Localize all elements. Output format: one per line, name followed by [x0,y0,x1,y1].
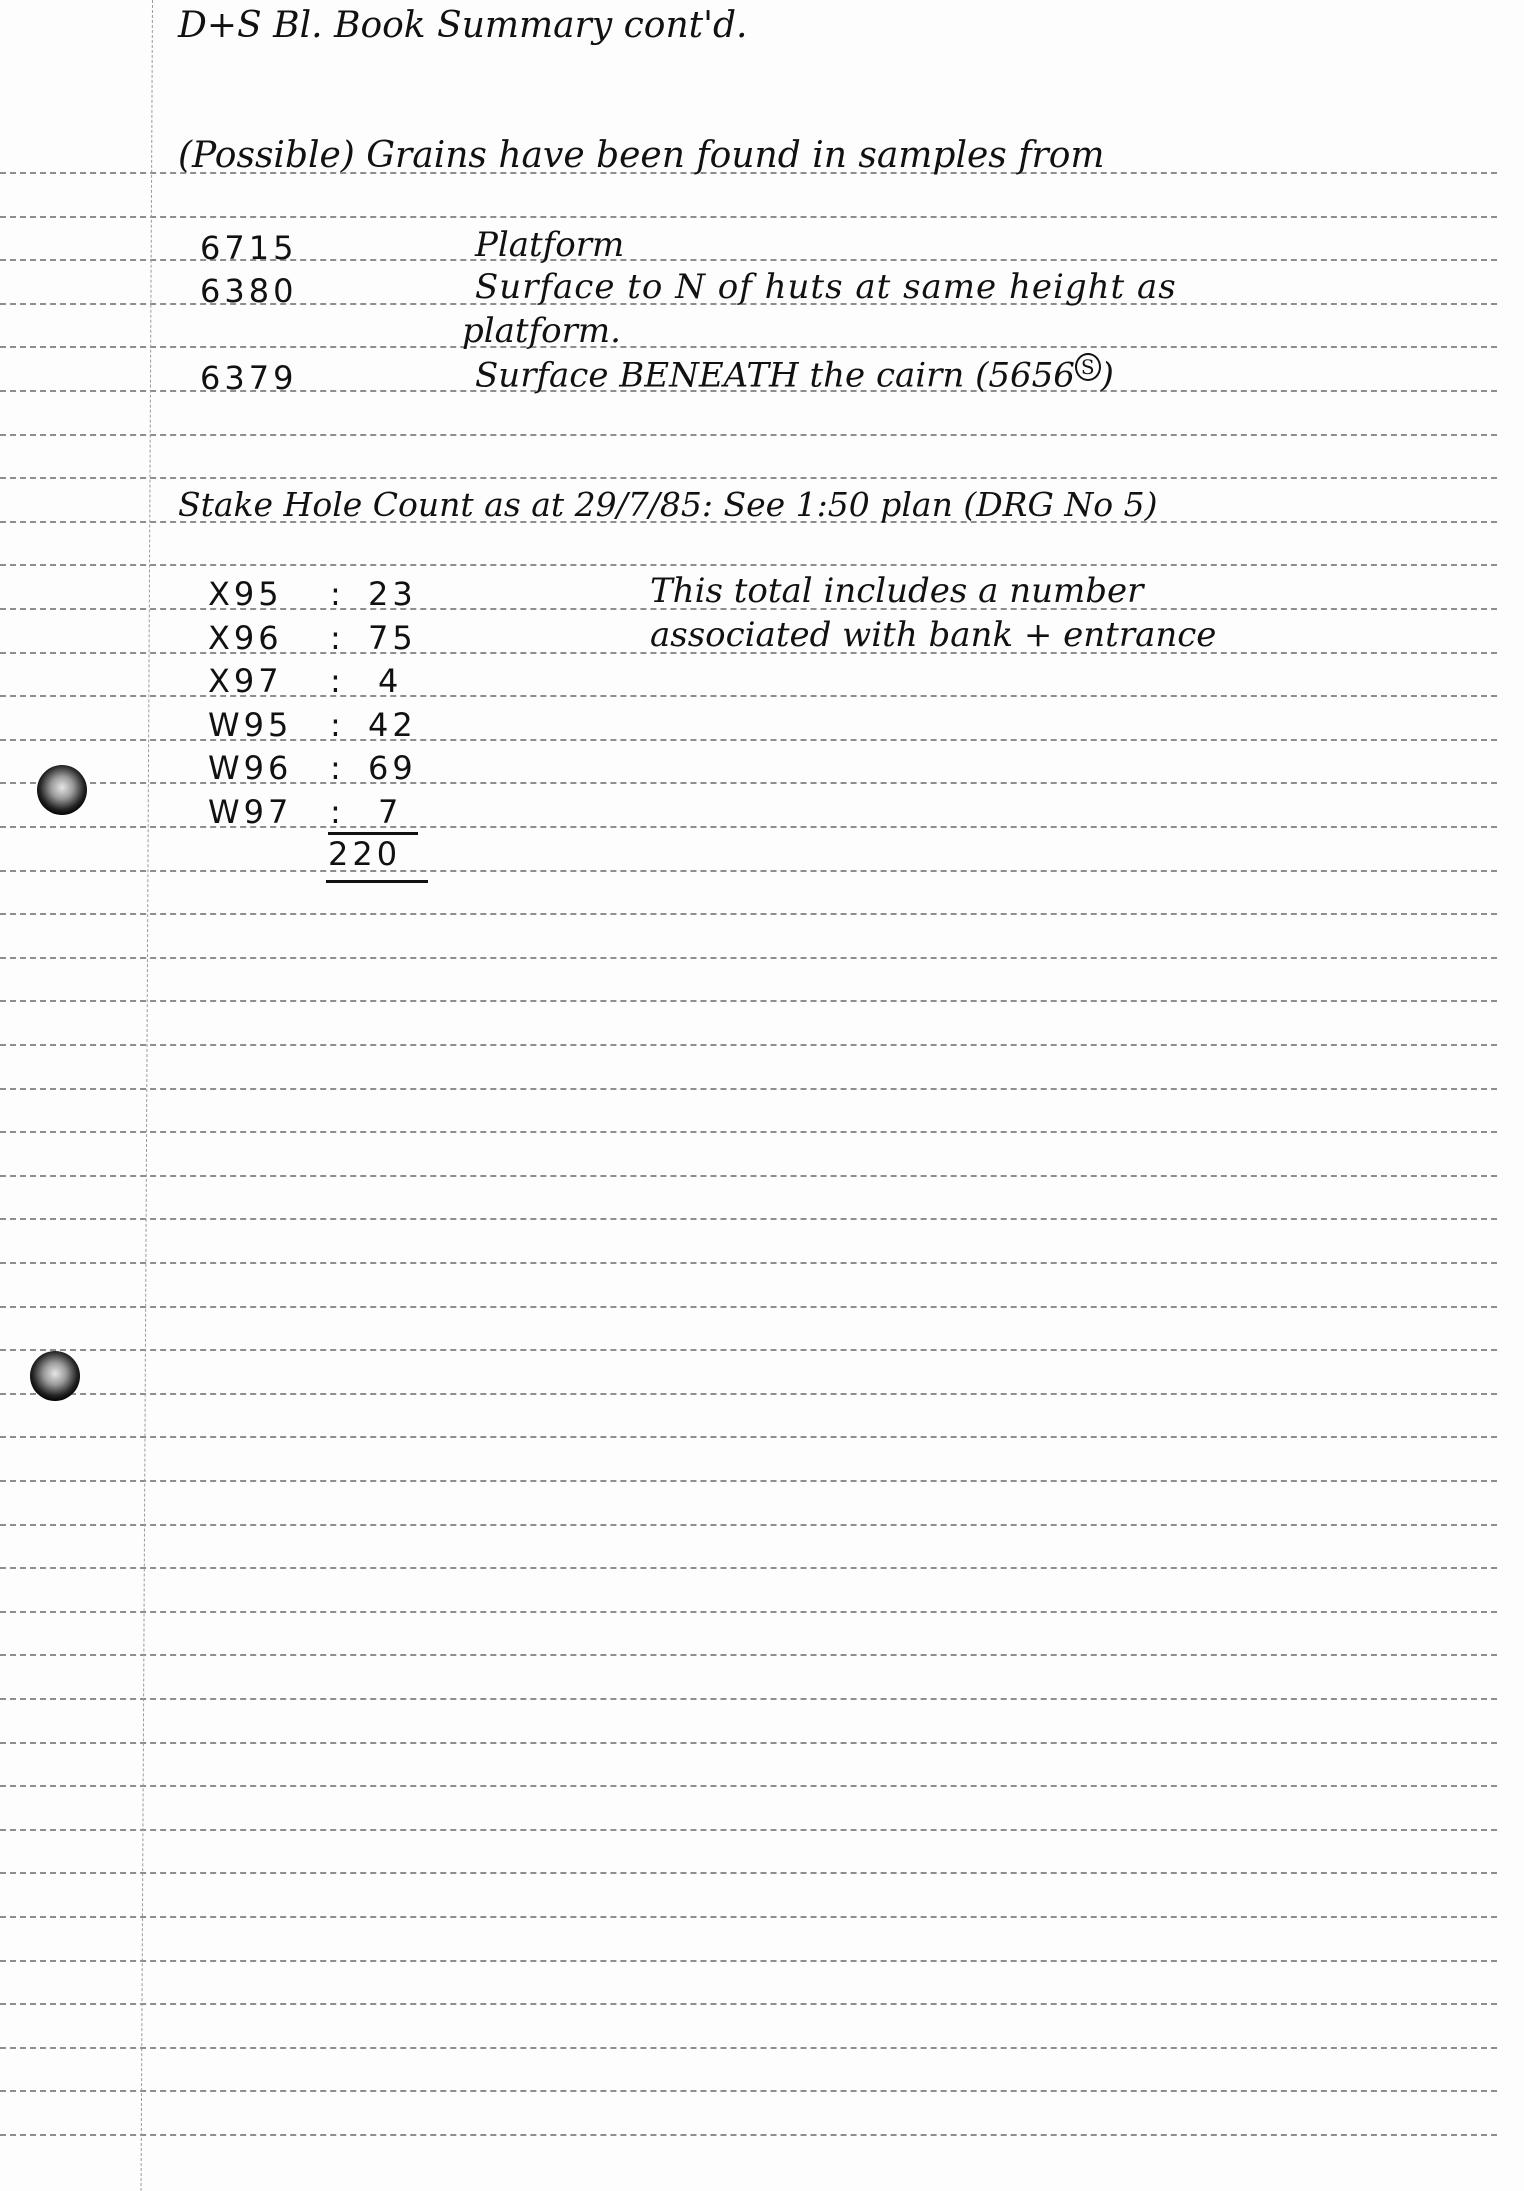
ruled-line [0,2134,1497,2136]
note-line: This total includes a number [650,574,1143,608]
notebook-page: D+S Bl. Book Summary cont'd. (Possible) … [0,0,1524,2191]
sample-description-text: Surface BENEATH the cairn (5656 [475,355,1075,395]
sample-description-continuation: platform. [462,314,621,348]
ruled-line [0,1088,1497,1090]
count-value: 75 [368,622,417,654]
ruled-line [0,957,1497,959]
ruled-line [0,870,1497,872]
separator: : [330,578,345,610]
page-title: D+S Bl. Book Summary cont'd. [178,8,748,44]
ruled-line [0,564,1497,566]
note-line: associated with bank + entrance [650,618,1216,652]
sum-line [328,832,418,835]
grid-square: W97 [208,796,292,828]
grid-square: X95 [208,578,283,610]
sample-id: 6379 [200,362,297,394]
ruled-line [0,1916,1497,1918]
ruled-line [0,1044,1497,1046]
ruled-line [0,2003,1497,2005]
count-value: 42 [368,709,417,741]
ruled-line [0,1306,1497,1308]
ruled-line [0,1131,1497,1133]
ruled-line [0,1393,1497,1395]
separator: : [330,796,345,828]
margin-line [141,0,153,2191]
ruled-line [0,2090,1497,2092]
sample-id: 6380 [200,275,297,307]
closing-paren: ) [1101,355,1114,395]
ruled-line [0,1698,1497,1700]
ruled-line [0,1349,1497,1351]
separator: : [330,752,345,784]
ruled-line [0,1175,1497,1177]
ruled-line [0,1742,1497,1744]
ruled-line [0,1262,1497,1264]
grains-intro: (Possible) Grains have been found in sam… [178,138,1105,174]
sample-id: 6715 [200,232,297,264]
punch-hole-icon [37,765,87,815]
ruled-line [0,216,1497,218]
separator: : [330,709,345,741]
sample-description: Surface to N of huts at same height as [475,270,1177,304]
sample-description: Platform [475,228,624,262]
ruled-line [0,1872,1497,1874]
separator: : [330,622,345,654]
count-value: 7 [378,796,402,828]
total-double-underline [326,880,428,883]
ruled-line [0,1785,1497,1787]
stake-hole-heading: Stake Hole Count as at 29/7/85: See 1:50… [178,488,1157,521]
punch-hole-icon [30,1351,80,1401]
ruled-line [0,913,1497,915]
ruled-line [0,2047,1497,2049]
ruled-line [0,346,1497,348]
ruled-line [0,1567,1497,1569]
grid-square: W96 [208,752,292,784]
ruled-line [0,1524,1497,1526]
ruled-line [0,1480,1497,1482]
ruled-line [0,1611,1497,1613]
ruled-line [0,434,1497,436]
ruled-line [0,1218,1497,1220]
grid-square: X97 [208,665,283,697]
stake-hole-total: 220 [328,838,401,870]
grid-square: X96 [208,622,283,654]
ruled-line [0,1960,1497,1962]
separator: : [330,665,345,697]
count-value: 23 [368,578,417,610]
grid-square: W95 [208,709,292,741]
circled-s-mark: S [1075,353,1101,381]
ruled-line [0,1654,1497,1656]
ruled-line [0,477,1497,479]
ruled-line [0,1436,1497,1438]
count-value: 4 [378,665,402,697]
ruled-line [0,1000,1497,1002]
sample-description: Surface BENEATH the cairn (5656S) [475,357,1114,392]
ruled-line [0,1829,1497,1831]
count-value: 69 [368,752,417,784]
